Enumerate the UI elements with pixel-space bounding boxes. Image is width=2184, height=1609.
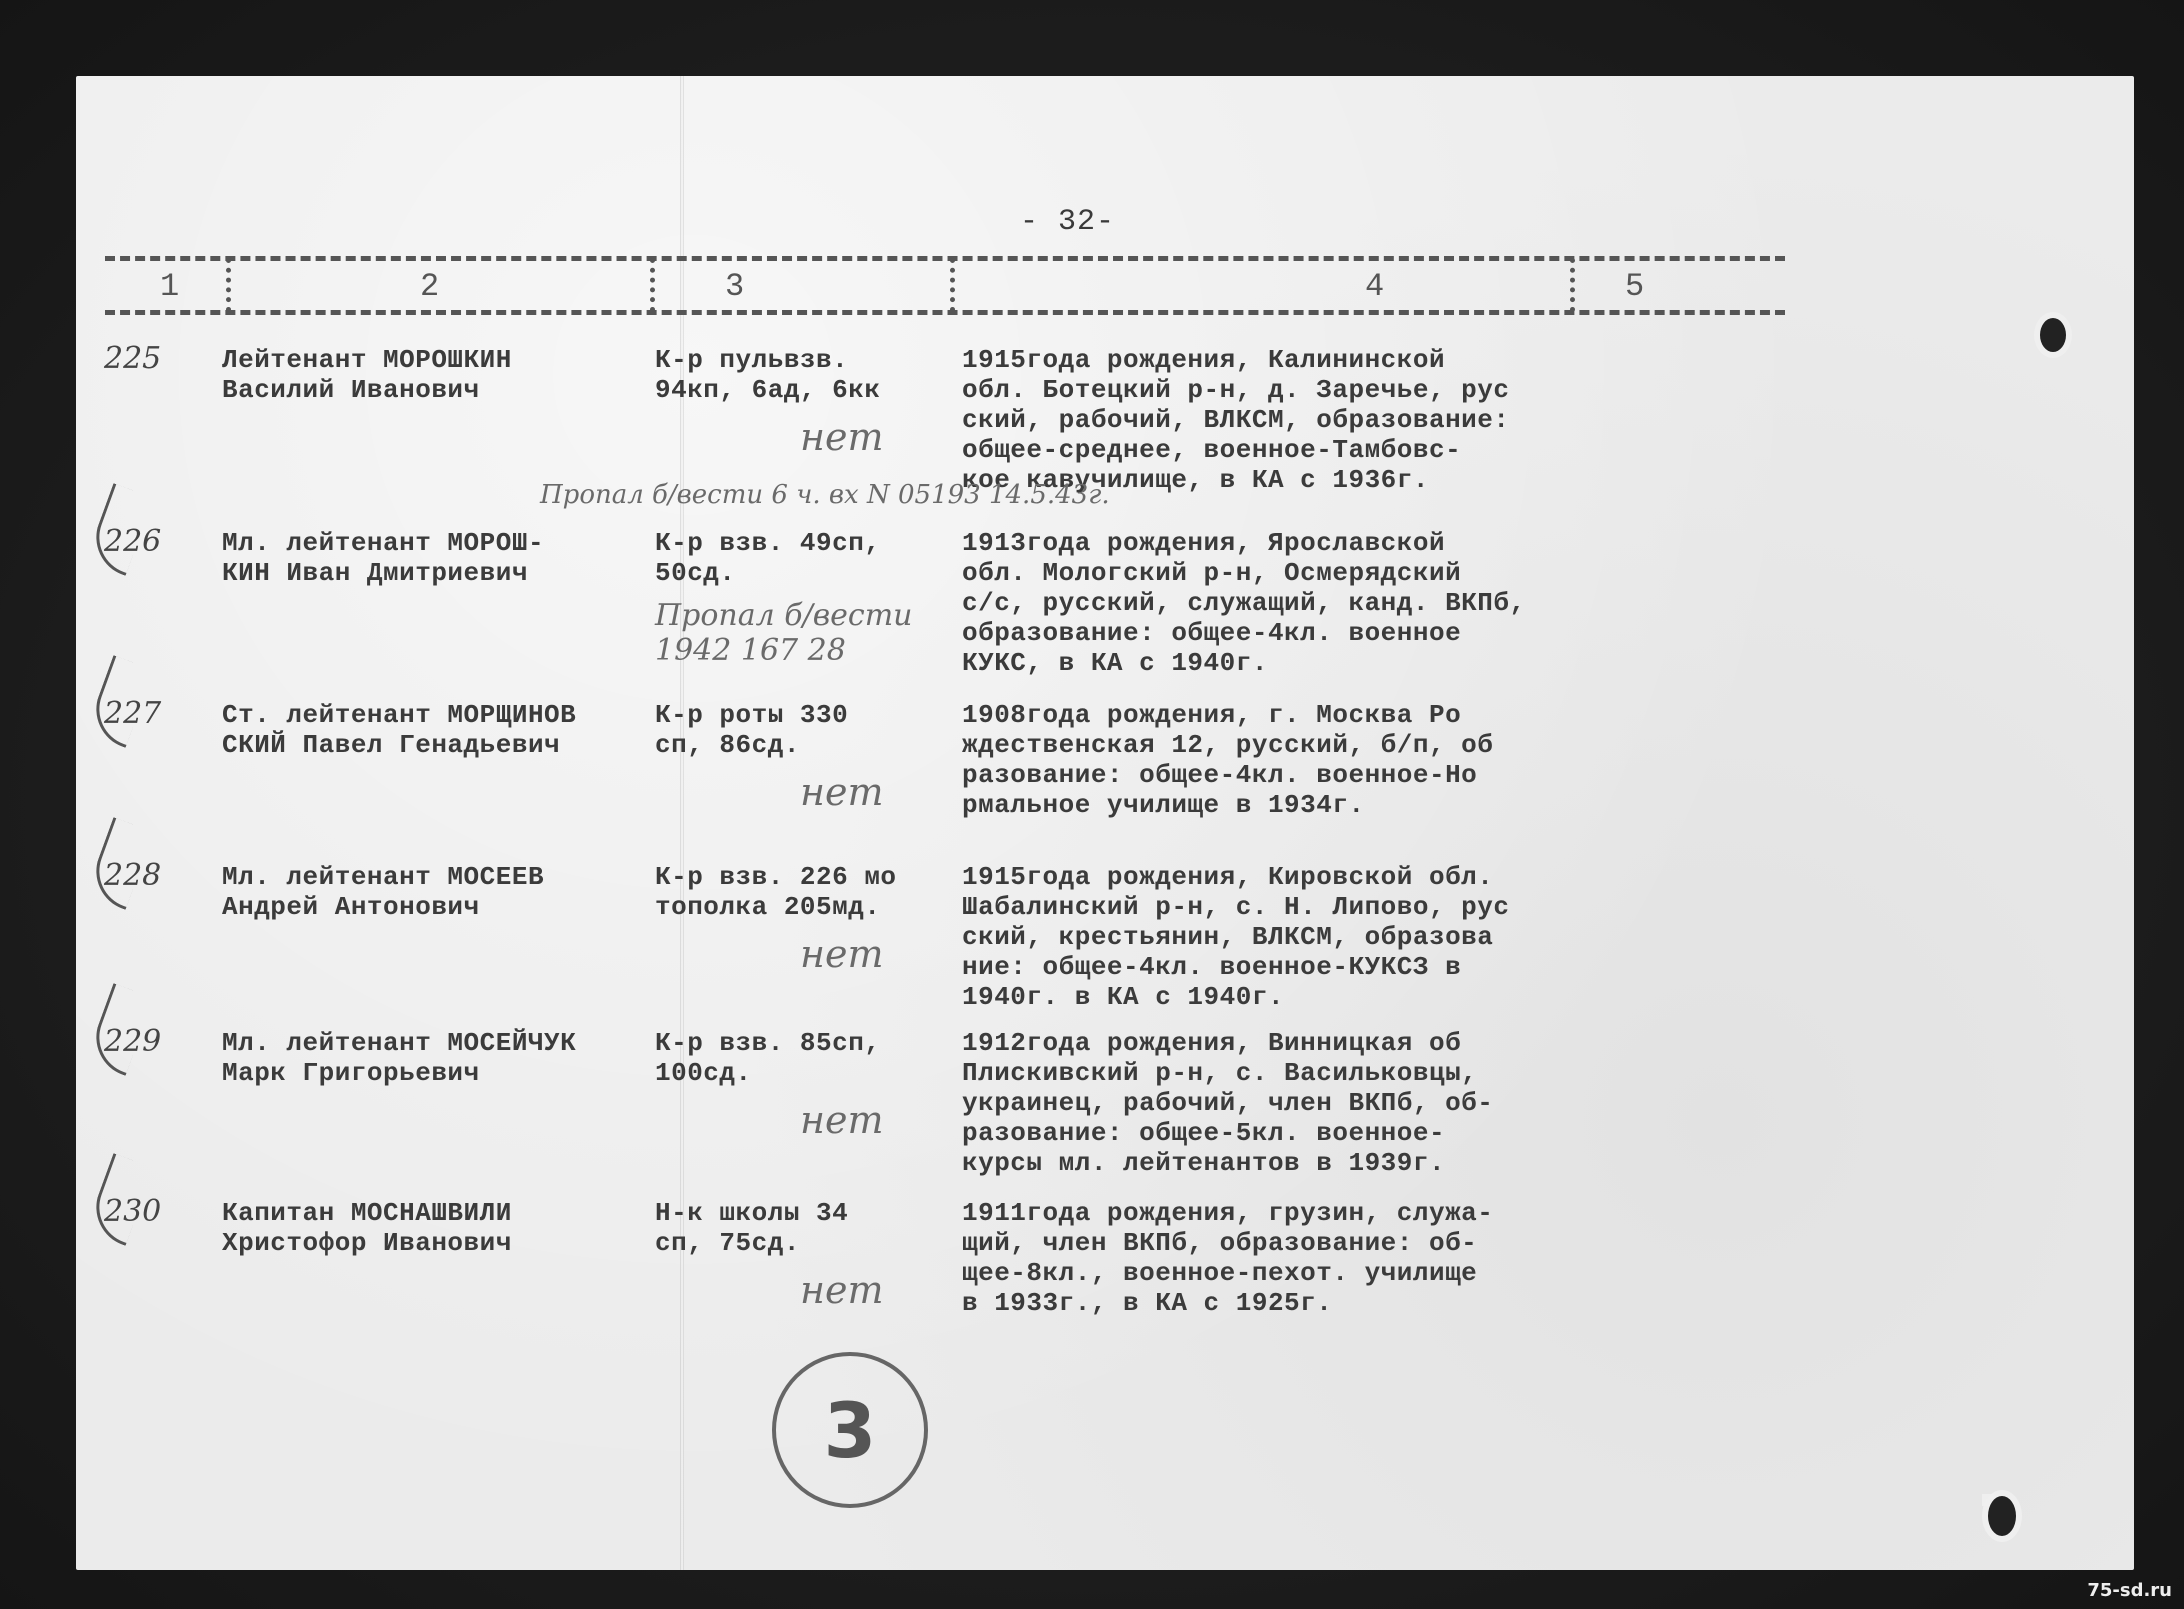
column-separator <box>226 258 231 312</box>
entry-bio-line: разование: общее-4кл. военное-Но <box>962 760 1493 790</box>
entry-bio-line: ский, крестьянин, ВЛКСМ, образова <box>962 922 1510 952</box>
handwritten-note: Пропал б/вести 1942 167 28 <box>655 598 955 668</box>
handwritten-annotation: Пропал б/вести 6 ч. вх N 05193 14.5.43г. <box>540 480 1110 510</box>
column-header-1: 1 <box>160 268 179 305</box>
column-header-3: 3 <box>725 268 744 305</box>
entry-name-line: КИН Иван Дмитриевич <box>222 558 544 588</box>
handwritten-note: нет <box>800 1268 884 1312</box>
entry-bio-line: общее-среднее, военное-Тамбовс- <box>962 435 1510 465</box>
paper-fold <box>680 76 684 1570</box>
entry-name-line: СКИЙ Павел Генадьевич <box>222 730 576 760</box>
entry-name-line: Христофор Иванович <box>222 1228 512 1258</box>
entry-name: Лейтенант МОРОШКИНВасилий Иванович <box>222 345 512 405</box>
column-separator <box>1570 258 1575 312</box>
entry-position: К-р взв. 49сп,50сд. <box>655 528 880 588</box>
site-watermark: 75-sd.ru <box>2087 1580 2172 1601</box>
entry-bio-line: щее-8кл., военное-пехот. училище <box>962 1258 1493 1288</box>
entry-bio-line: щий, член ВКПб, образование: об- <box>962 1228 1493 1258</box>
entry-name-line: Андрей Антонович <box>222 892 544 922</box>
entry-position-line: Н-к школы 34 <box>655 1198 848 1228</box>
entry-position-line: К-р взв. 85сп, <box>655 1028 880 1058</box>
handwritten-note: нет <box>800 1098 884 1142</box>
entry-position-line: 100сд. <box>655 1058 880 1088</box>
entry-name: Мл. лейтенант МОСЕЕВАндрей Антонович <box>222 862 544 922</box>
entry-position-line: тополка 205мд. <box>655 892 897 922</box>
entry-bio-line: 1915года рождения, Кировской обл. <box>962 862 1510 892</box>
entry-name-line: Лейтенант МОРОШКИН <box>222 345 512 375</box>
entry-position: К-р взв. 85сп,100сд. <box>655 1028 880 1088</box>
entry-name: Капитан МОСНАШВИЛИХристофор Иванович <box>222 1198 512 1258</box>
handwritten-note: нет <box>800 770 884 814</box>
entry-bio-line: 1908года рождения, г. Москва Ро <box>962 700 1493 730</box>
entry-position-line: К-р взв. 49сп, <box>655 528 880 558</box>
entry-bio-line: 1911года рождения, грузин, служа- <box>962 1198 1493 1228</box>
entry-name-line: Мл. лейтенант МОРОШ- <box>222 528 544 558</box>
entry-bio-line: обл. Мологский р-н, Осмерядский <box>962 558 1526 588</box>
stamp-number: 3 <box>824 1386 877 1475</box>
entry-bio-line: 1913года рождения, Ярославской <box>962 528 1526 558</box>
entry-position-line: сп, 75сд. <box>655 1228 848 1258</box>
entry-position: К-р взв. 226 мотополка 205мд. <box>655 862 897 922</box>
page-number: - 32- <box>1020 205 1115 239</box>
entry-bio-line: украинец, рабочий, член ВКПб, об- <box>962 1088 1493 1118</box>
entry-position: Н-к школы 34сп, 75сд. <box>655 1198 848 1258</box>
punch-hole-icon <box>1988 1496 2016 1536</box>
entry-position-line: 94кп, 6ад, 6кк <box>655 375 880 405</box>
handwritten-note: нет <box>800 932 884 976</box>
entry-bio: 1908года рождения, г. Москва Рождественс… <box>962 700 1493 820</box>
entry-bio: 1913года рождения, Ярославскойобл. Молог… <box>962 528 1526 678</box>
entry-bio-line: в 1933г., в КА с 1925г. <box>962 1288 1493 1318</box>
entry-name-line: Ст. лейтенант МОРЩИНОВ <box>222 700 576 730</box>
entry-bio-line: КУКС, в КА с 1940г. <box>962 648 1526 678</box>
entry-name-line: Капитан МОСНАШВИЛИ <box>222 1198 512 1228</box>
entry-position: К-р роты 330сп, 86сд. <box>655 700 848 760</box>
table-header-rule <box>105 310 1785 315</box>
entry-position-line: К-р пульвзв. <box>655 345 880 375</box>
entry-name: Мл. лейтенант МОСЕЙЧУКМарк Григорьевич <box>222 1028 576 1088</box>
entry-position-line: 50сд. <box>655 558 880 588</box>
entry-bio-line: 1915года рождения, Калининской <box>962 345 1510 375</box>
entry-name-line: Мл. лейтенант МОСЕЕВ <box>222 862 544 892</box>
column-header-2: 2 <box>420 268 439 305</box>
column-header-5: 5 <box>1625 268 1644 305</box>
paper-sheet <box>76 76 2134 1570</box>
sheet-stamp: 3 <box>772 1352 928 1508</box>
entry-bio: 1912года рождения, Винницкая обПлискивск… <box>962 1028 1493 1178</box>
column-separator <box>650 258 655 312</box>
column-separator <box>950 258 955 312</box>
entry-bio: 1911года рождения, грузин, служа-щий, чл… <box>962 1198 1493 1318</box>
table-top-rule <box>105 256 1785 261</box>
entry-bio-line: 1940г. в КА с 1940г. <box>962 982 1510 1012</box>
entry-position: К-р пульвзв.94кп, 6ад, 6кк <box>655 345 880 405</box>
entry-bio-line: ждественская 12, русский, б/п, об <box>962 730 1493 760</box>
entry-name-line: Марк Григорьевич <box>222 1058 576 1088</box>
entry-name-line: Василий Иванович <box>222 375 512 405</box>
entry-bio-line: Плискивский р-н, с. Васильковцы, <box>962 1058 1493 1088</box>
entry-name: Мл. лейтенант МОРОШ-КИН Иван Дмитриевич <box>222 528 544 588</box>
entry-name-line: Мл. лейтенант МОСЕЙЧУК <box>222 1028 576 1058</box>
entry-position-line: К-р взв. 226 мо <box>655 862 897 892</box>
entry-position-line: сп, 86сд. <box>655 730 848 760</box>
handwritten-note: нет <box>800 415 884 459</box>
entry-bio: 1915года рождения, Кировской обл.Шабалин… <box>962 862 1510 1012</box>
entry-bio-line: курсы мл. лейтенантов в 1939г. <box>962 1148 1493 1178</box>
column-header-4: 4 <box>1365 268 1384 305</box>
entry-bio-line: 1912года рождения, Винницкая об <box>962 1028 1493 1058</box>
entry-bio-line: разование: общее-5кл. военное- <box>962 1118 1493 1148</box>
entry-position-line: К-р роты 330 <box>655 700 848 730</box>
entry-number: 225 <box>104 341 161 376</box>
entry-bio-line: ние: общее-4кл. военное-КУКСЗ в <box>962 952 1510 982</box>
entry-bio-line: обл. Ботецкий р-н, д. Заречье, рус <box>962 375 1510 405</box>
entry-name: Ст. лейтенант МОРЩИНОВСКИЙ Павел Генадье… <box>222 700 576 760</box>
entry-bio-line: образование: общее-4кл. военное <box>962 618 1526 648</box>
entry-bio: 1915года рождения, Калининскойобл. Ботец… <box>962 345 1510 495</box>
entry-bio-line: Шабалинский р-н, с. Н. Липово, рус <box>962 892 1510 922</box>
entry-bio-line: рмальное училище в 1934г. <box>962 790 1493 820</box>
punch-hole-icon <box>2040 318 2066 352</box>
entry-bio-line: с/с, русский, служащий, канд. ВКПб, <box>962 588 1526 618</box>
entry-bio-line: ский, рабочий, ВЛКСМ, образование: <box>962 405 1510 435</box>
